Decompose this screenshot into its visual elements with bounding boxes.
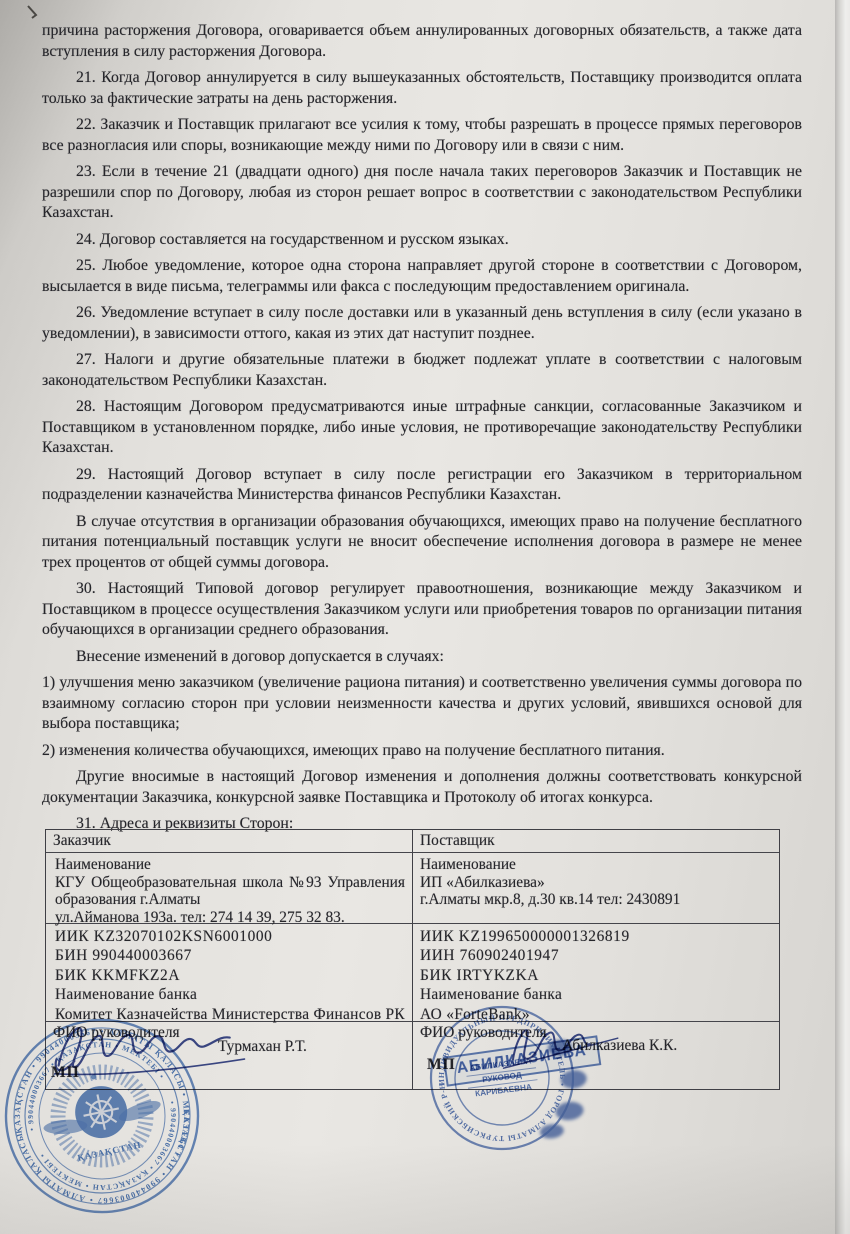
table-column-divider [412,830,413,1089]
header-customer: Заказчик [53,832,111,850]
customer-iik: ИИК KZ32070102KSN6001000 [55,927,407,946]
table-row-divider-1 [46,852,779,853]
customer-address: ул.Айманова 193а. тел: 274 14 39, 275 32… [55,909,405,927]
paragraph-27: 27. Налоги и другие обязательные платежи… [42,350,802,391]
customer-signature [44,1012,274,1082]
paragraph-29: 29. Настоящий Договор вступает в силу по… [42,465,802,506]
paragraph-other-amendments: Другие вносимые в настоящий Договор изме… [42,767,802,808]
scanned-contract-page: причина расторжения Договора, оговаривае… [0,0,850,1234]
photo-bottom-shading [0,1144,850,1234]
supplier-signature [498,1014,628,1074]
paragraph-23: 23. Если в течение 21 (двадцати одного) … [42,162,802,224]
paragraph-22: 22. Заказчик и Поставщик прилагают все у… [42,115,802,156]
paragraph-21: 21. Когда Договор аннулируется в силу вы… [42,68,802,109]
paragraph-26: 26. Уведомление вступает в силу после до… [42,303,802,344]
customer-bank-cell: ИИК KZ32070102KSN6001000 БИН 99044000366… [55,927,407,1024]
paragraph-amendments-intro: Внесение изменений в договор допускается… [42,647,802,668]
supplier-iin: ИИН 760902401947 [420,946,770,965]
paragraph-25: 25. Любое уведомление, которое одна стор… [42,256,802,297]
customer-name-value: КГУ Общеобразовательная школа №93 Управл… [55,874,405,909]
supplier-bik: БИК IRTYKZKA [420,966,770,985]
customer-bin: БИН 990440003667 [55,946,407,965]
paragraph-20-continuation: причина расторжения Договора, оговаривае… [42,21,802,62]
paragraph-28: 28. Настоящим Договором предусматриваютс… [42,397,802,459]
stamp-inner-line3: КАРИБАЕВНА [475,1082,533,1098]
supplier-name-cell: Наименование ИП «Абилказиева» г.Алматы м… [420,856,770,909]
photo-paper-edge [835,0,850,1234]
customer-bik: БИК KKMFKZ2A [55,966,407,985]
supplier-bank-label: Наименование банка [420,985,770,1004]
customer-name-label: Наименование [55,856,405,874]
paragraph-amendment-1: 1) улучшения меню заказчиком (увеличение… [42,673,802,735]
paragraph-29a: В случае отсутствия в организации образо… [42,512,802,574]
supplier-address: г.Алматы мкр.8, д.30 кв.14 тел: 2430891 [420,891,770,909]
paragraph-amendment-2: 2) изменения количества обучающихся, име… [42,741,802,762]
paragraph-24: 24. Договор составляется на государствен… [42,230,802,251]
customer-bank-label: Наименование банка [55,985,407,1004]
contract-text-block: причина расторжения Договора, оговаривае… [42,21,802,841]
header-supplier: Поставщик [420,832,495,850]
supplier-iik: ИИК KZ199650000001326819 [420,927,770,946]
customer-name-cell: Наименование КГУ Общеобразовательная шко… [55,856,405,926]
paragraph-30: 30. Настоящий Типовой договор регулирует… [42,579,802,641]
supplier-name-value: ИП «Абилказиева» [420,874,770,892]
supplier-name-label: Наименование [420,856,770,874]
